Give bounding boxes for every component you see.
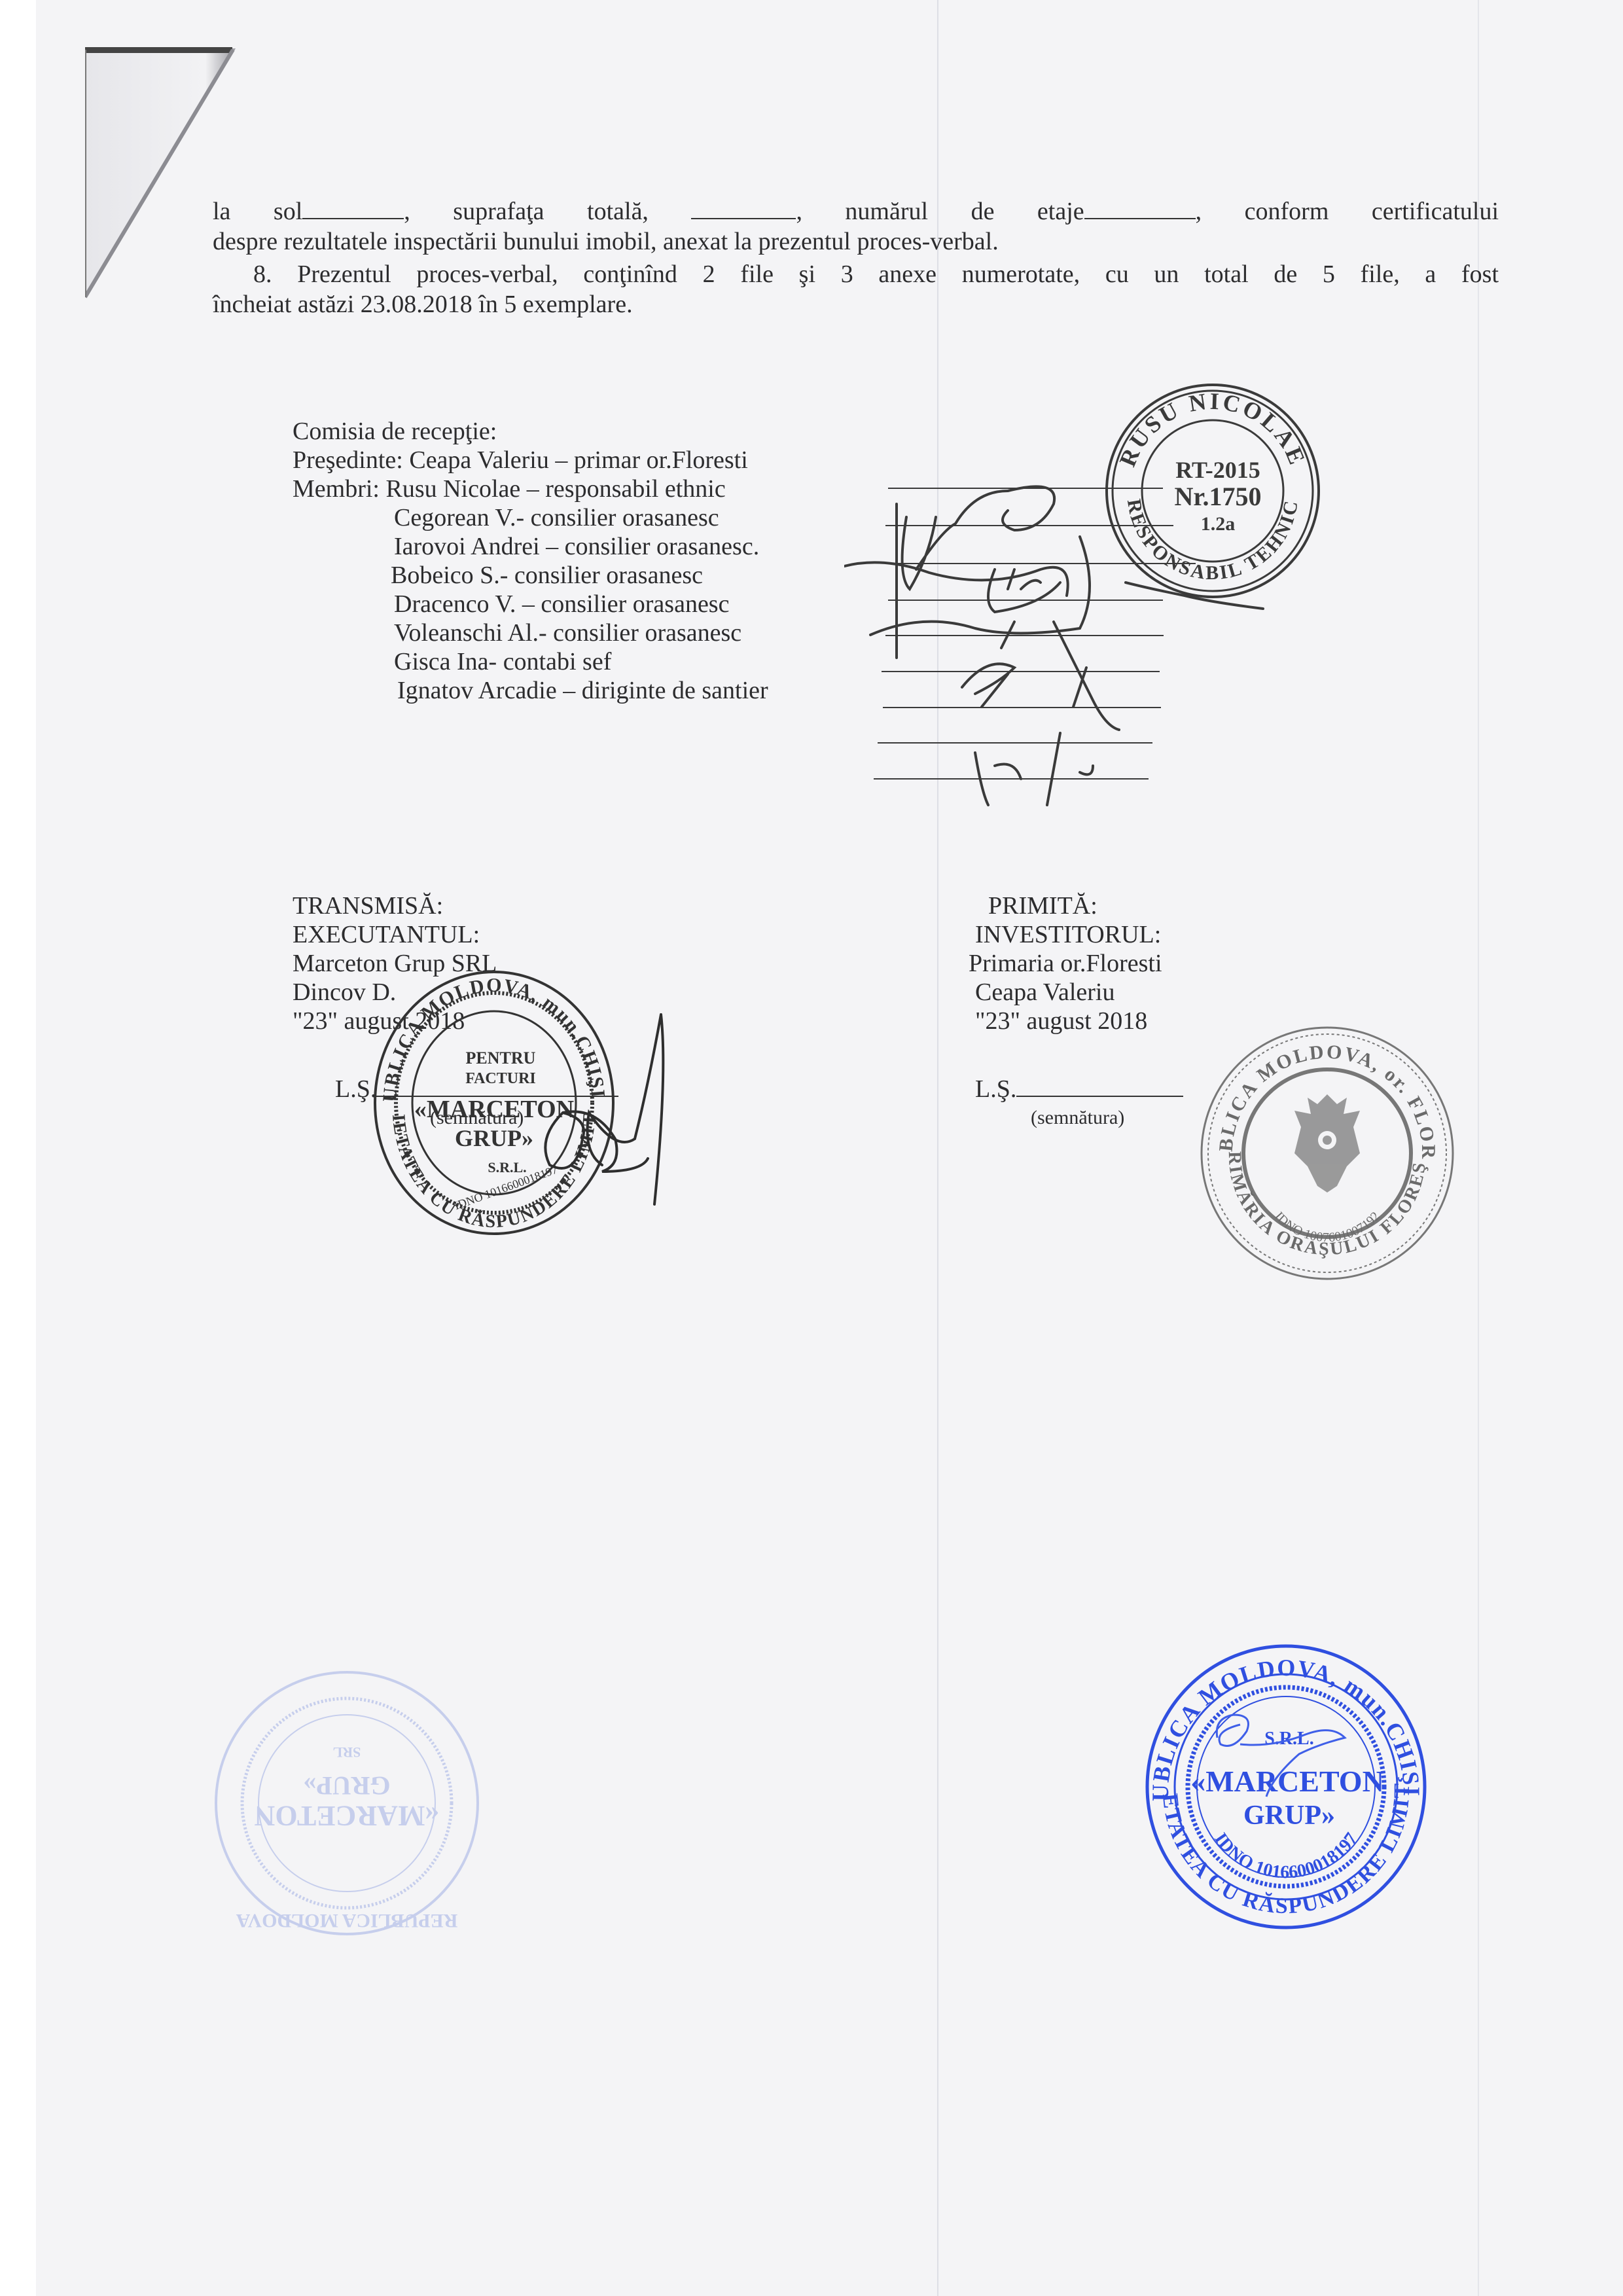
commission-member: Ignatov Arcadie – diriginte de santier (293, 676, 768, 705)
stamp-line: S.R.L. (1264, 1729, 1313, 1749)
stamp-line: 1.2a (1201, 513, 1236, 535)
signature-blank (1016, 1096, 1183, 1097)
stamp-line: SRL (333, 1744, 361, 1761)
received-block: PRIMITĂ: INVESTITORUL: Primaria or.Flore… (975, 891, 1183, 1132)
commission-member: Dracenco V. – consilier orasanesc (293, 590, 768, 619)
stamp-idno: IDNO 1016600018197 (1210, 1829, 1362, 1883)
scan-streak (1478, 0, 1479, 2296)
blank-field-floors (1084, 218, 1196, 219)
text-fragment: , suprafaţa totală, (404, 198, 649, 225)
paragraph-building-details: la sol, suprafaţa totală, , numărul de e… (213, 196, 1499, 257)
commission-member: Bobeico S.- consilier orasanesc (293, 561, 768, 590)
commission-member: Membri: Rusu Nicolae – responsabil ethni… (293, 475, 768, 503)
text-fragment: la sol (213, 198, 302, 225)
commission-member: Voleanschi Al.- consilier orasanesc (293, 619, 768, 647)
stamp-primaria-floresti: REPUBLICA MOLDOVA, or. FLOREŞTI PRIMĂRIA… (1196, 1022, 1458, 1287)
commission-title: Comisia de recepţie: (293, 417, 768, 446)
stamp-line: RT-2015 (1175, 457, 1260, 483)
stamp-marceton-faded: REPUBLICA MOLDOVA «MARCETON GRUP» SRL (209, 1666, 484, 1944)
stamp-line: Nr.1750 (1175, 482, 1262, 511)
investor-company: Primaria or.Floresti (969, 949, 1183, 978)
commission-member: Gisca Ina- contabi sef (293, 647, 768, 676)
investor-date: "23" august 2018 (975, 1007, 1183, 1035)
stamp-line: «MARCETON (254, 1800, 439, 1832)
paragraph-line: 8. Prezentul proces-verbal, conţinînd 2 … (213, 259, 1499, 289)
paragraph-line: încheiat astăzi 23.08.2018 în 5 exemplar… (213, 289, 1499, 319)
stamp-line: GRUP» (303, 1771, 390, 1801)
executant-signature (484, 1008, 694, 1230)
commission-member: Preşedinte: Ceapa Valeriu – primar or.Fl… (293, 446, 768, 475)
transmitted-heading: TRANSMISĂ: (293, 891, 618, 920)
stamp-responsabil-tehnic: RUSU NICOLAE RESPONSABIL TEHNIC RT-2015 … (1101, 380, 1324, 605)
text-fragment: , conform certificatului (1196, 198, 1499, 225)
text-fragment: , numărul de etaje (796, 198, 1084, 225)
investor-person: Ceapa Valeriu (975, 978, 1183, 1007)
scan-margin (0, 0, 36, 2296)
blank-field-ground-area (302, 218, 404, 219)
executant-role: EXECUTANTUL: (293, 920, 618, 949)
reception-commission: Comisia de recepţie: Preşedinte: Ceapa V… (293, 417, 768, 705)
stamp-outer-text: REPUBLICA MOLDOVA (236, 1910, 457, 1931)
paragraph-8: 8. Prezentul proces-verbal, conţinînd 2 … (213, 259, 1499, 319)
stamp-line: GRUP» (1243, 1801, 1335, 1831)
stamp-marceton-grup: REPUBLICA MOLDOVA, mun.CHIŞINĂU SOCIETAT… (1142, 1640, 1430, 1931)
signature-caption: (semnătura) (975, 1103, 1183, 1132)
scan-streak (937, 0, 938, 2296)
coat-of-arms-icon (1294, 1094, 1360, 1193)
received-heading: PRIMITĂ: (975, 891, 1183, 920)
commission-member: Cegorean V.- consilier orasanesc (293, 503, 768, 532)
seal-label: L.Ş. (975, 1075, 1016, 1103)
blank-field-total-area (691, 218, 796, 219)
paragraph-line: despre rezultatele inspectării bunului i… (213, 226, 1499, 257)
investor-role: INVESTITORUL: (975, 920, 1183, 949)
svg-text:IDNO 1016600018197: IDNO 1016600018197 (1210, 1829, 1362, 1883)
stamp-line: «MARCETON (1190, 1765, 1384, 1798)
commission-member: Iarovoi Andrei – consilier orasanesc. (293, 532, 768, 561)
